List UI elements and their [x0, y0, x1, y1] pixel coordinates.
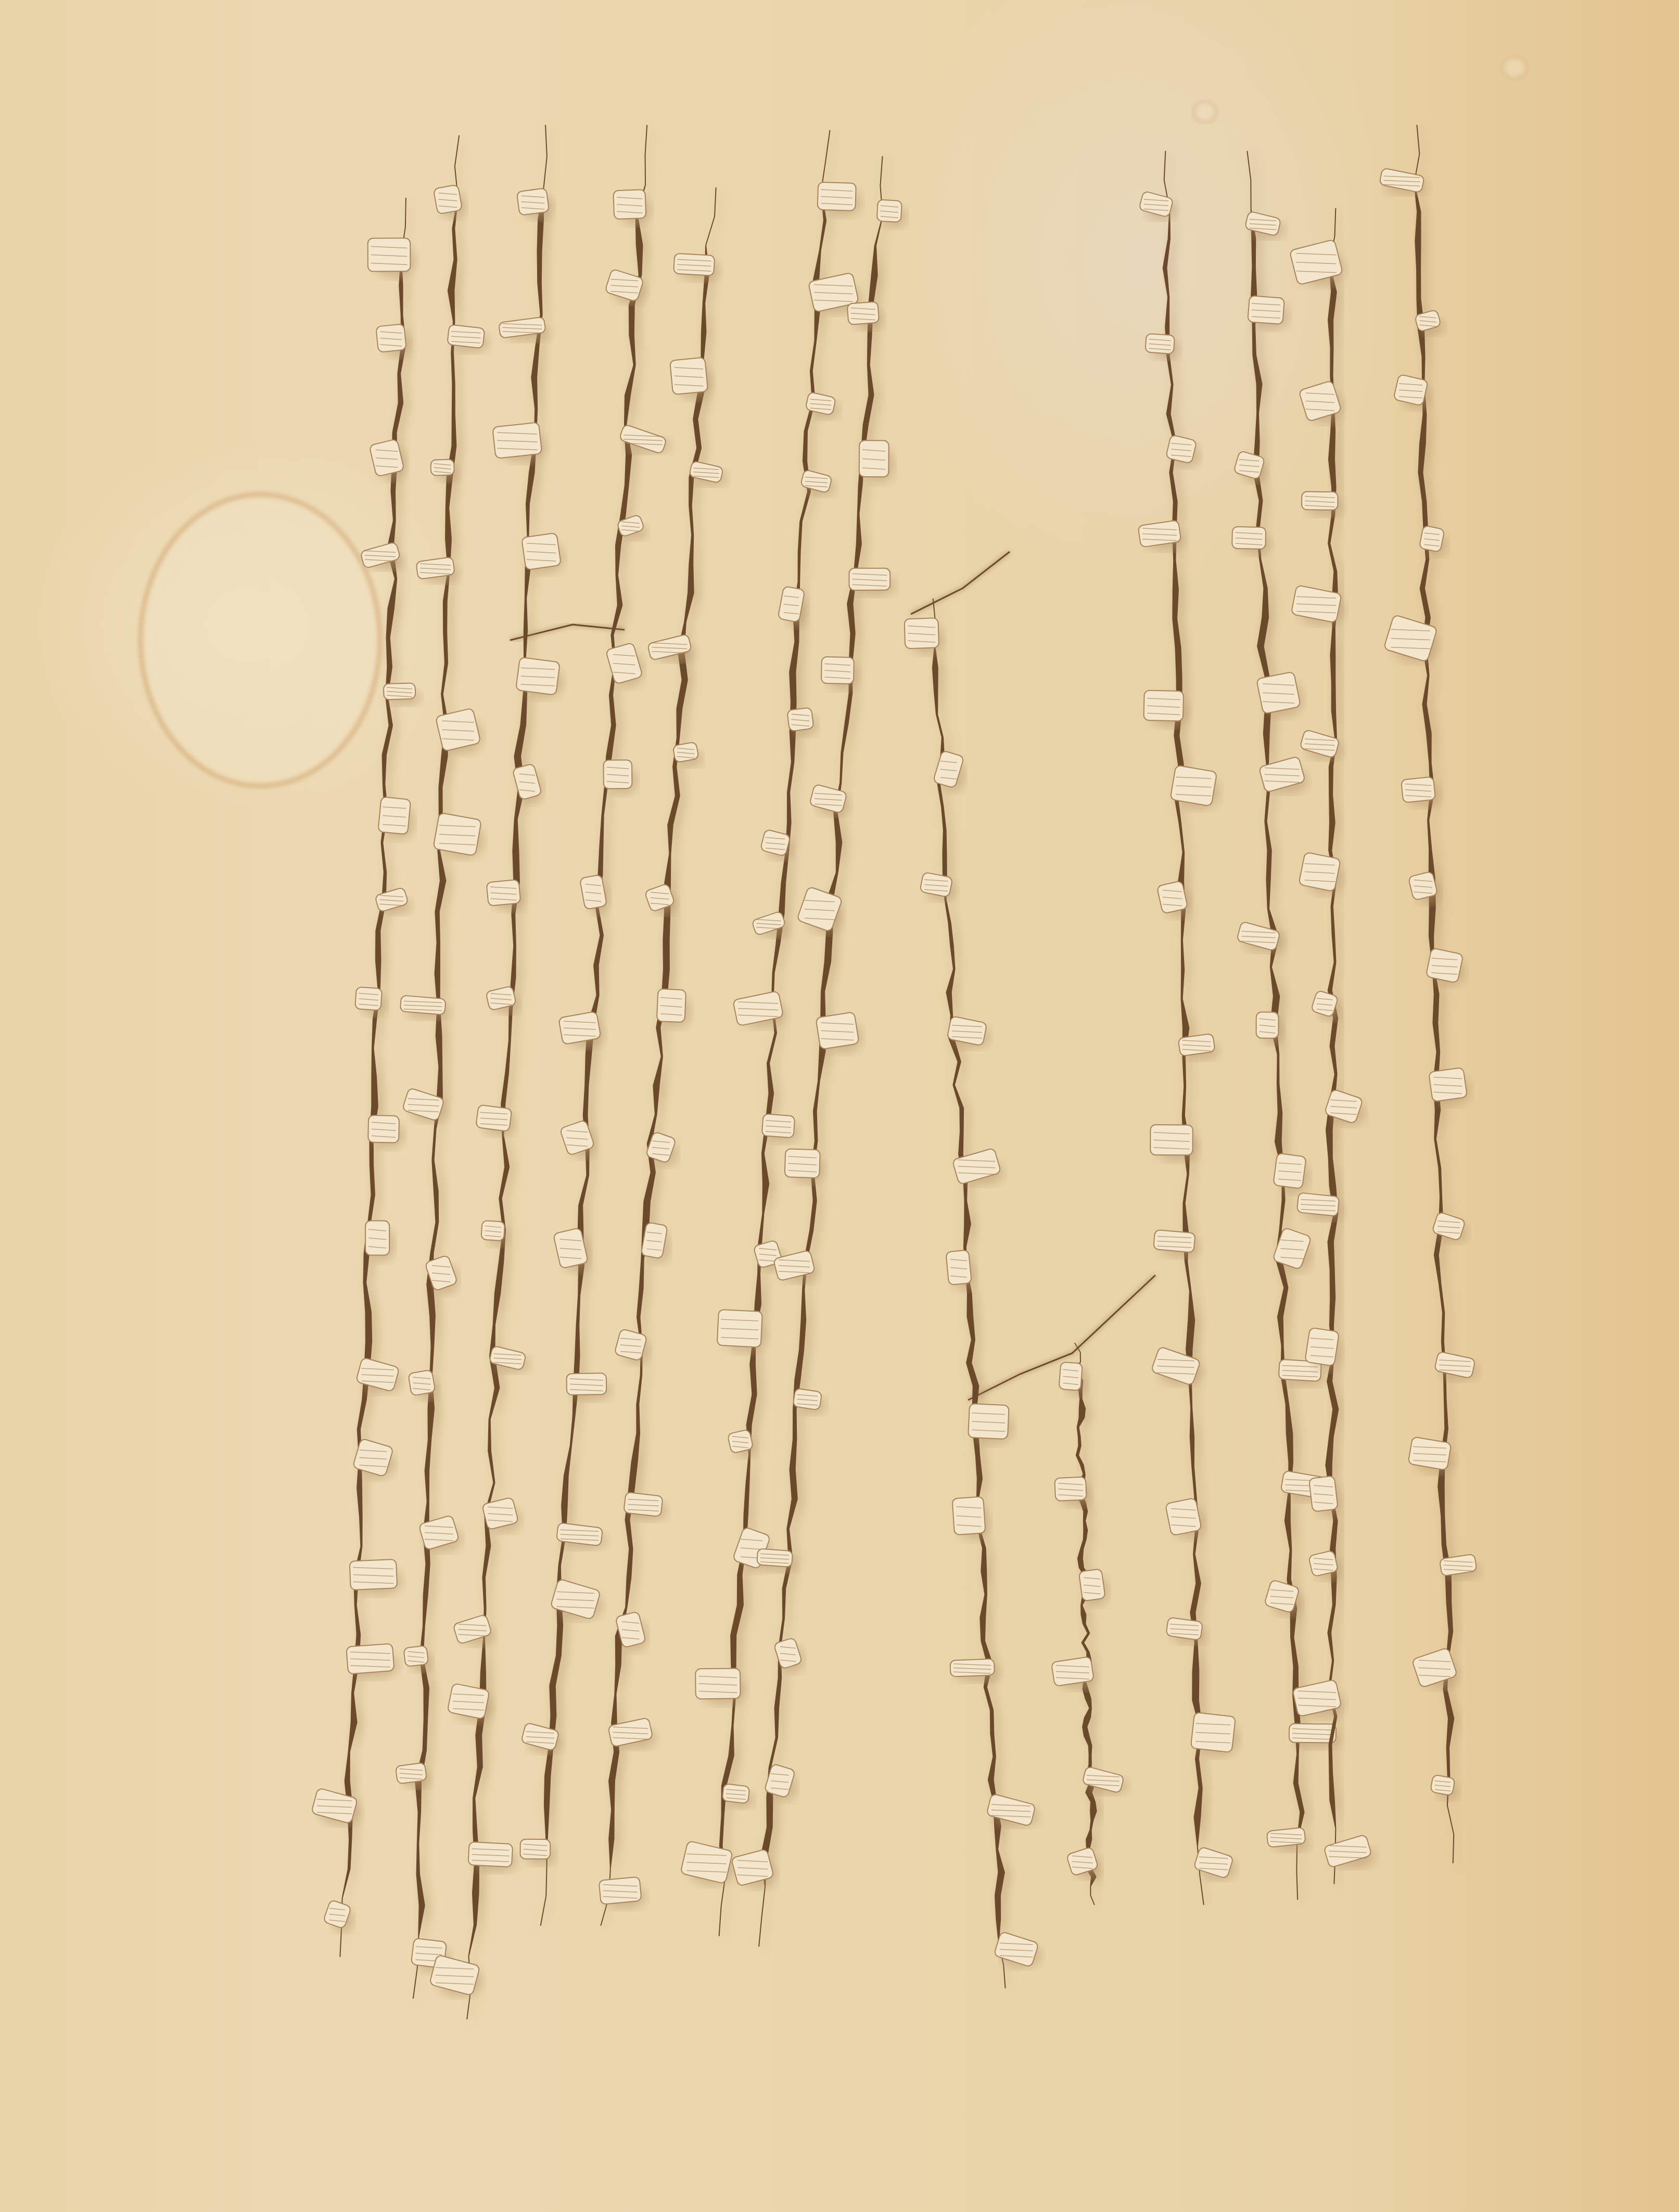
torn-paper-artwork [0, 0, 1679, 2212]
slit-7 [731, 156, 907, 1949]
slit-12 [1290, 208, 1375, 1886]
vertical-slits [311, 125, 1481, 2022]
slit-1 [311, 198, 421, 1959]
slit-10 [1138, 151, 1239, 1907]
slit-13 [1379, 125, 1481, 1865]
slit-4 [520, 125, 670, 1928]
tear-shadow-0 [911, 552, 1010, 614]
artwork-canvas [0, 0, 1679, 2212]
stain-2 [1193, 101, 1216, 122]
stain-0 [141, 494, 380, 786]
slit-8 [904, 599, 1041, 1990]
stain-1 [1502, 56, 1528, 79]
slit-9 [1051, 1343, 1128, 1907]
